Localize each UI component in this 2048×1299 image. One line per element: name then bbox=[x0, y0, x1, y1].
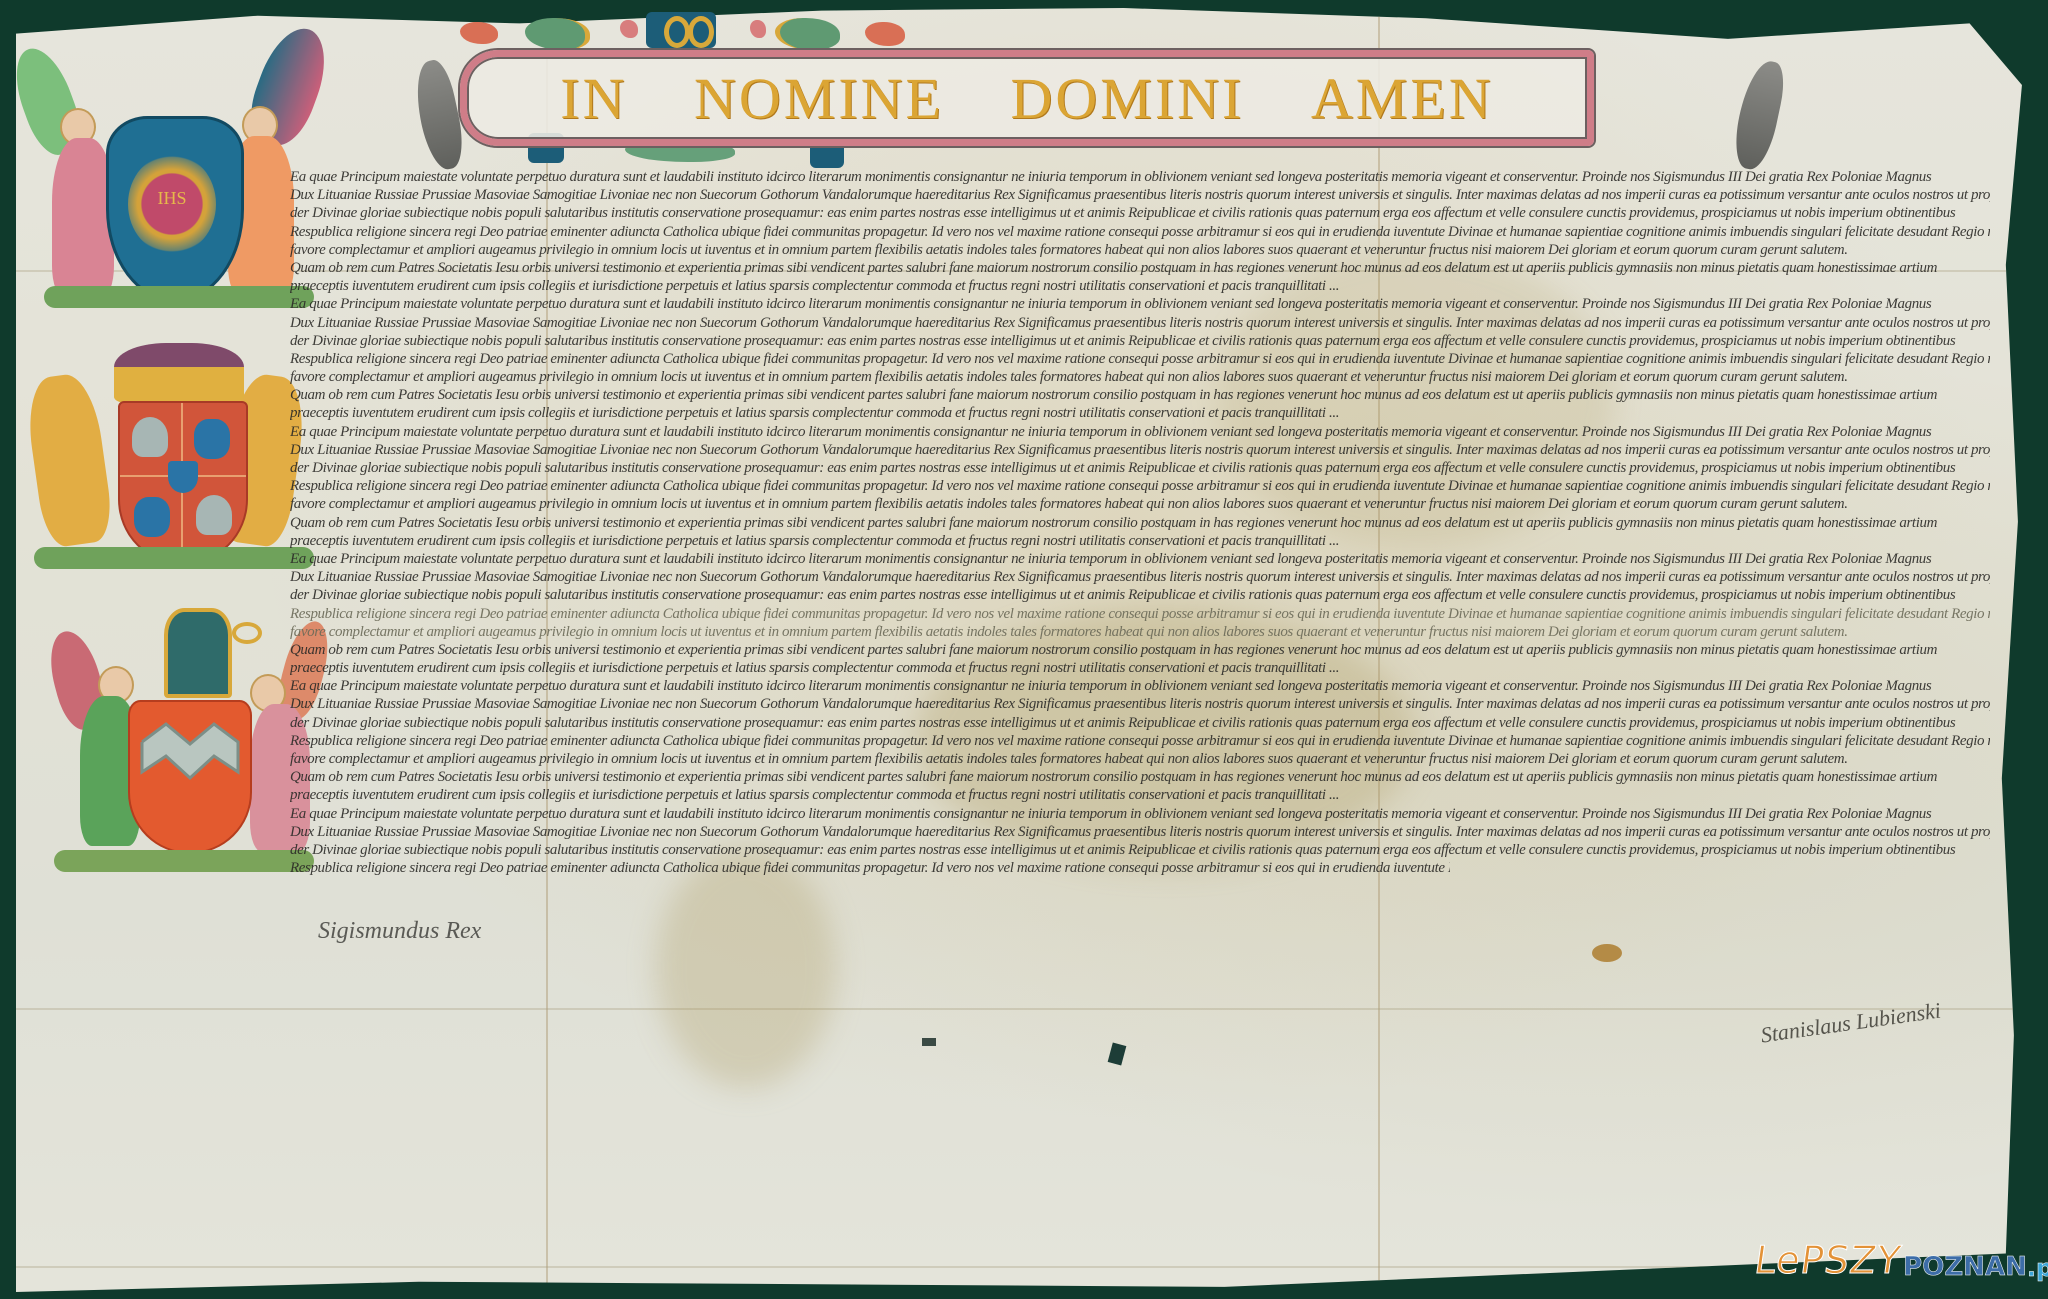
watermark-pl: .pl bbox=[2027, 1254, 2048, 1282]
text-line: Ea quae Principum maiestate voluntate pe… bbox=[290, 550, 1990, 568]
shield-icon bbox=[118, 401, 248, 565]
text-line: Quam ob rem cum Patres Societatis Iesu o… bbox=[290, 259, 1990, 277]
crown-icon bbox=[114, 343, 244, 403]
text-line: praeceptis iuventutem erudirent cum ipsi… bbox=[290, 659, 1990, 677]
title-word: IN bbox=[560, 65, 627, 132]
grass-ground bbox=[44, 286, 314, 308]
heraldry-episcopal-arms bbox=[14, 600, 314, 870]
title-word: NOMINE bbox=[694, 65, 944, 132]
text-line: praeceptis iuventutem erudirent cum ipsi… bbox=[290, 404, 1990, 422]
vasa-sheaf-icon bbox=[168, 461, 198, 493]
heraldry-jesuit-ihs: IHS bbox=[14, 16, 324, 296]
text-line: Ea quae Principum maiestate voluntate pe… bbox=[290, 295, 1990, 313]
text-line: Dux Lituaniae Russiae Prussiae Masoviae … bbox=[290, 186, 1990, 204]
wax-seal-remnant bbox=[1592, 944, 1622, 962]
text-line: favore complectamur et ampliori augeamus… bbox=[290, 368, 1990, 386]
text-line: Respublica religione sincera regi Deo pa… bbox=[290, 477, 1990, 495]
grass-ground bbox=[34, 547, 314, 569]
fold-line bbox=[16, 1266, 2030, 1268]
text-line: Ea quae Principum maiestate voluntate pe… bbox=[290, 805, 1990, 823]
water-stain bbox=[656, 848, 836, 1088]
ornament-scroll bbox=[688, 16, 714, 48]
text-line: Dux Lituaniae Russiae Prussiae Masoviae … bbox=[290, 314, 1990, 332]
text-line: Quam ob rem cum Patres Societatis Iesu o… bbox=[290, 641, 1990, 659]
watermark-poznan: POZNAN bbox=[1903, 1252, 2027, 1282]
text-line: favore complectamur et ampliori augeamus… bbox=[290, 495, 1990, 513]
text-line: Respublica religione sincera regi Deo pa… bbox=[290, 605, 1990, 623]
lion-supporter-icon bbox=[23, 371, 116, 549]
watermark-lepszy: LePSZY bbox=[1752, 1238, 1904, 1282]
text-line: Ea quae Principum maiestate voluntate pe… bbox=[290, 677, 1990, 695]
text-line: der Divinae gloriae subiectique nobis po… bbox=[290, 459, 1990, 477]
text-line: praeceptis iuventutem erudirent cum ipsi… bbox=[290, 532, 1990, 550]
text-line: Dux Lituaniae Russiae Prussiae Masoviae … bbox=[290, 695, 1990, 713]
text-line: Ea quae Principum maiestate voluntate pe… bbox=[290, 423, 1990, 441]
mitre-icon bbox=[164, 608, 232, 698]
title-word: AMEN bbox=[1311, 65, 1494, 132]
angel-figure-icon bbox=[52, 138, 114, 298]
chevrons-icon bbox=[130, 702, 250, 852]
pogon-knight-icon bbox=[134, 497, 170, 537]
ornament-rose bbox=[620, 20, 638, 38]
king-signature: Sigismundus Rex bbox=[318, 918, 481, 945]
ornament-rose bbox=[750, 20, 766, 38]
seal-slit bbox=[922, 1038, 936, 1046]
watermark-lepszypoznan: LePSZY POZNAN .pl bbox=[1755, 1238, 2048, 1282]
text-line: der Divinae gloriae subiectique nobis po… bbox=[290, 332, 1990, 350]
title-word: DOMINI bbox=[1011, 65, 1245, 132]
text-line: der Divinae gloriae subiectique nobis po… bbox=[290, 714, 1990, 732]
text-line: Respublica religione sincera regi Deo pa… bbox=[290, 350, 1990, 368]
ihs-monogram: IHS bbox=[142, 188, 202, 209]
eagle-icon bbox=[196, 495, 232, 535]
title-banner: IN NOMINE DOMINI AMEN bbox=[460, 50, 1594, 146]
text-line: praeceptis iuventutem erudirent cum ipsi… bbox=[290, 786, 1990, 804]
text-line: favore complectamur et ampliori augeamus… bbox=[290, 241, 1990, 259]
text-line: der Divinae gloriae subiectique nobis po… bbox=[290, 841, 1990, 859]
shield-icon bbox=[128, 700, 252, 854]
text-line: der Divinae gloriae subiectique nobis po… bbox=[290, 586, 1990, 604]
text-line: Dux Lituaniae Russiae Prussiae Masoviae … bbox=[290, 568, 1990, 586]
ornament-scroll bbox=[664, 16, 690, 48]
text-line: Respublica religione sincera regi Deo pa… bbox=[290, 859, 1450, 877]
heraldry-royal-arms bbox=[14, 335, 314, 575]
text-line: favore complectamur et ampliori augeamus… bbox=[290, 623, 1990, 641]
text-line: Quam ob rem cum Patres Societatis Iesu o… bbox=[290, 768, 1990, 786]
grass-ground bbox=[54, 850, 314, 872]
text-line: Quam ob rem cum Patres Societatis Iesu o… bbox=[290, 386, 1990, 404]
text-line: Ea quae Principum maiestate voluntate pe… bbox=[290, 168, 1990, 186]
fold-line bbox=[16, 1008, 2030, 1010]
text-line: Quam ob rem cum Patres Societatis Iesu o… bbox=[290, 514, 1990, 532]
eagle-icon bbox=[132, 417, 168, 457]
pogon-knight-icon bbox=[194, 419, 230, 459]
text-line: der Divinae gloriae subiectique nobis po… bbox=[290, 204, 1990, 222]
text-line: favore complectamur et ampliori augeamus… bbox=[290, 750, 1990, 768]
crozier-icon bbox=[232, 622, 262, 644]
text-line: praeceptis iuventutem erudirent cum ipsi… bbox=[290, 277, 1990, 295]
charter-text-block: Ea quae Principum maiestate voluntate pe… bbox=[290, 168, 1990, 877]
text-line: Respublica religione sincera regi Deo pa… bbox=[290, 223, 1990, 241]
text-line: Respublica religione sincera regi Deo pa… bbox=[290, 732, 1990, 750]
title-banner-text: IN NOMINE DOMINI AMEN bbox=[467, 65, 1587, 132]
text-line: Dux Lituaniae Russiae Prussiae Masoviae … bbox=[290, 823, 1990, 841]
text-line: Dux Lituaniae Russiae Prussiae Masoviae … bbox=[290, 441, 1990, 459]
